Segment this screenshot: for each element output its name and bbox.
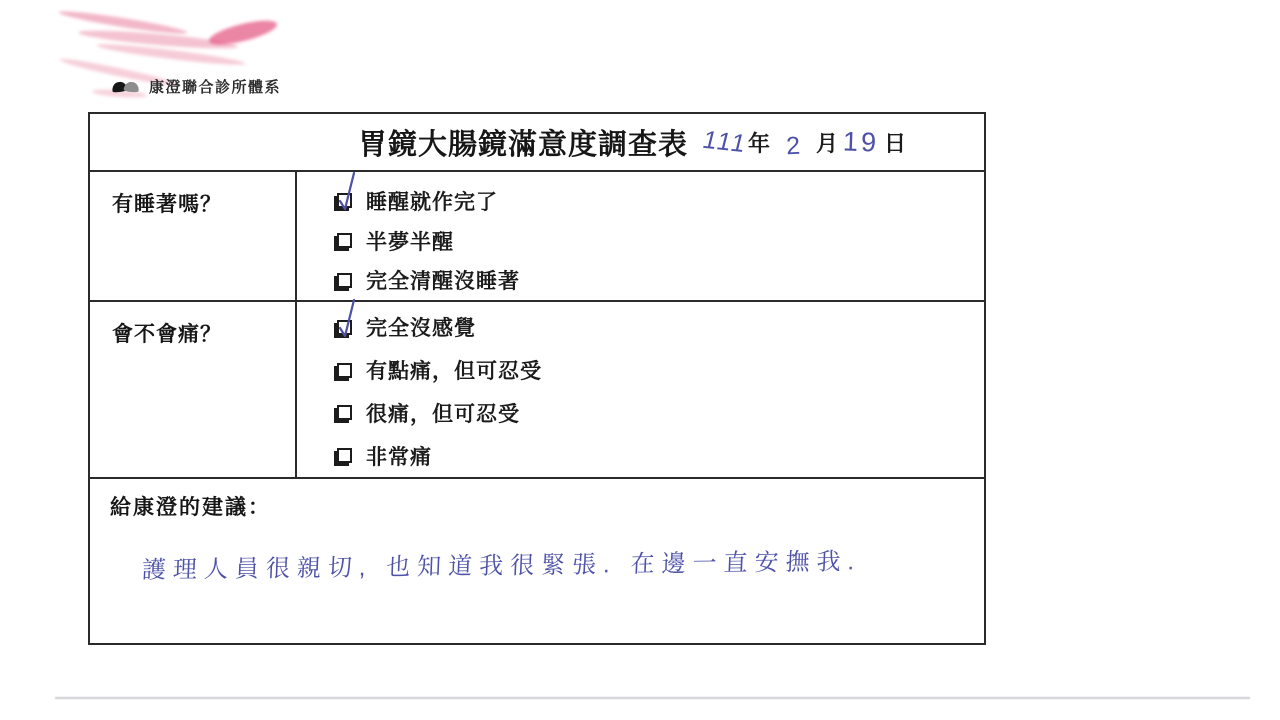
clinic-wings-icon <box>112 80 142 94</box>
checkbox-unchecked <box>337 273 352 288</box>
checkbox-unchecked <box>337 405 352 420</box>
survey-form: 胃鏡大腸鏡滿意度調查表 111 年 2 月 19 日 有睡著嗎？ 睡醒就作完了 <box>88 112 986 645</box>
option-label: 半夢半醒 <box>366 226 454 256</box>
checkbox-unchecked <box>337 363 352 378</box>
option-label: 非常痛 <box>366 441 432 471</box>
option-label: 睡醒就作完了 <box>366 186 498 216</box>
question-row-sleep: 有睡著嗎？ 睡醒就作完了 半夢半醒 完全清醒沒睡著 <box>90 172 984 302</box>
title-row: 胃鏡大腸鏡滿意度調查表 111 年 2 月 19 日 <box>90 114 984 172</box>
option-label: 完全沒感覺 <box>366 312 476 342</box>
option-row: 完全清醒沒睡著 <box>337 260 984 300</box>
handwritten-day: 19 <box>838 126 885 159</box>
form-title: 胃鏡大腸鏡滿意度調查表 <box>358 122 688 163</box>
question-options-cell: 完全沒感覺 有點痛，但可忍受 很痛，但可忍受 非常痛 <box>297 302 984 477</box>
ink-checkmark-icon <box>336 298 358 340</box>
checkbox-checked <box>337 320 352 335</box>
pink-ink-smudge <box>0 0 320 120</box>
suggestions-row: 給康澄的建議： 護理人員很親切, 也知道我很緊張. 在邊一直安撫我. <box>90 479 984 643</box>
checkbox-unchecked <box>337 233 352 248</box>
year-label: 年 <box>748 127 770 158</box>
option-row: 完全沒感覺 <box>337 306 984 349</box>
option-label: 很痛，但可忍受 <box>366 398 520 428</box>
option-label: 有點痛，但可忍受 <box>366 355 542 385</box>
option-row: 很痛，但可忍受 <box>337 392 984 435</box>
checkbox-checked <box>337 193 352 208</box>
question-label: 有睡著嗎？ <box>112 193 222 216</box>
handwritten-year: 111 <box>699 125 752 158</box>
option-row: 非常痛 <box>337 434 984 477</box>
pink-ink-smudge <box>58 8 188 37</box>
handwritten-feedback: 護理人員很親切, 也知道我很緊張. 在邊一直安撫我. <box>141 540 964 585</box>
date-group: 111 年 2 月 19 日 <box>702 127 906 158</box>
handwritten-month: 2 <box>770 130 817 161</box>
option-label: 完全清醒沒睡著 <box>366 265 520 295</box>
day-label: 日 <box>884 127 906 158</box>
suggestions-label: 給康澄的建議： <box>110 491 964 521</box>
question-row-pain: 會不會痛？ 完全沒感覺 有點痛，但可忍受 很痛，但可忍受 <box>90 302 984 479</box>
month-label: 月 <box>816 127 838 158</box>
option-row: 半夢半醒 <box>337 221 984 261</box>
clinic-logo: 康澄聯合診所體系 <box>112 76 281 97</box>
option-row: 有點痛，但可忍受 <box>337 349 984 392</box>
pink-ink-smudge <box>96 41 246 68</box>
clinic-name: 康澄聯合診所體系 <box>149 76 281 97</box>
question-options-cell: 睡醒就作完了 半夢半醒 完全清醒沒睡著 <box>297 172 984 300</box>
option-row: 睡醒就作完了 <box>337 181 984 221</box>
paper-edge <box>55 697 1250 699</box>
pink-ink-smudge <box>78 27 238 52</box>
question-label-cell: 有睡著嗎？ <box>90 172 297 300</box>
question-label-cell: 會不會痛？ <box>90 302 297 477</box>
question-label: 會不會痛？ <box>112 323 222 346</box>
pink-ink-smudge <box>207 16 279 49</box>
ink-checkmark-icon <box>336 171 358 213</box>
checkbox-unchecked <box>337 448 352 463</box>
